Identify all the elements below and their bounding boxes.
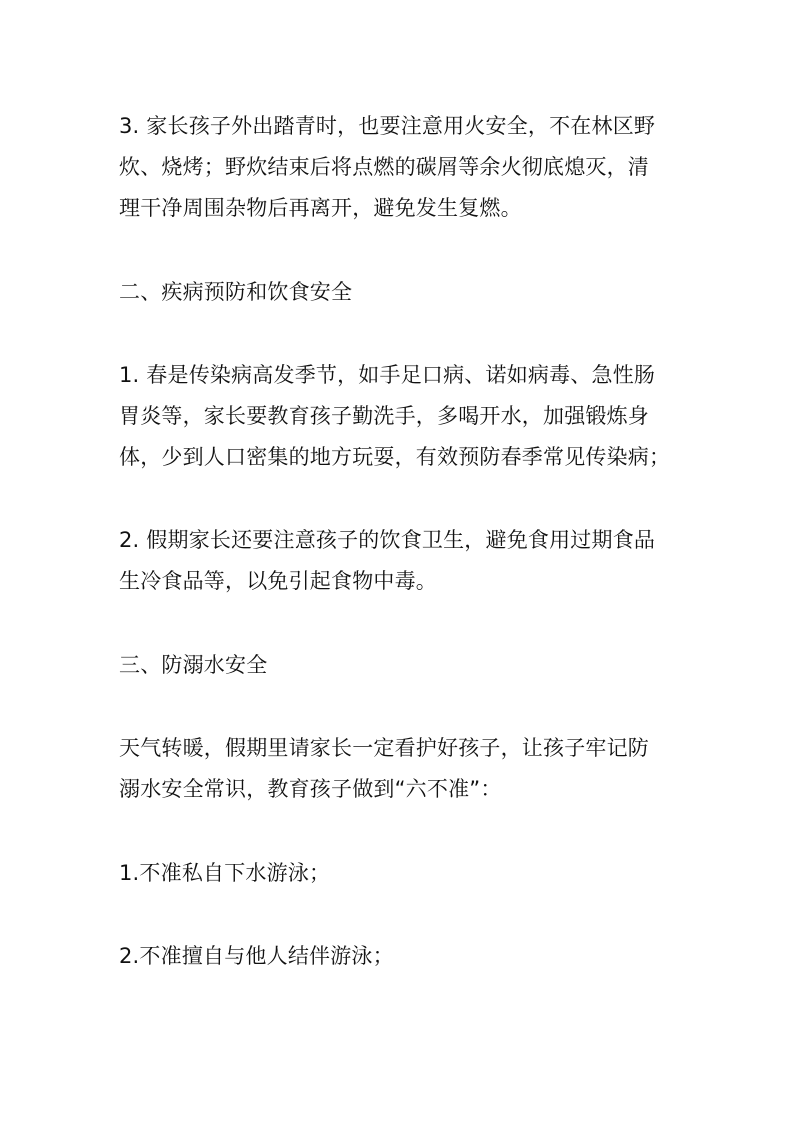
disease-item-1: 1. 春是传染病高发季节，如手足口病、诺如病毒、急性肠 胃炎等，家长要教育孩子勤… [119, 355, 679, 478]
text-line: 1. 春是传染病高发季节，如手足口病、诺如病毒、急性肠 [119, 355, 679, 396]
food-item-2: 2. 假期家长还要注意孩子的饮食卫生，避免食用过期食品 生冷食品等，以免引起食物… [119, 520, 679, 602]
text-line: 生冷食品等，以免引起食物中毒。 [119, 561, 679, 602]
heading-text: 三、防溺水安全 [119, 645, 679, 686]
text-line: 炊、烧烤；野炊结束后将点燃的碳屑等余火彻底熄灭，清 [119, 147, 679, 188]
text-line: 3. 家长孩子外出踏青时，也要注意用火安全，不在林区野 [119, 106, 679, 147]
text-line: 理干净周围杂物后再离开，避免发生复燃。 [119, 188, 679, 229]
text-line: 2. 假期家长还要注意孩子的饮食卫生，避免食用过期食品 [119, 520, 679, 561]
section-heading-drowning: 三、防溺水安全 [119, 645, 679, 686]
section-heading-disease-food: 二、疾病预防和饮食安全 [119, 272, 679, 313]
text-line: 1.不准私自下水游泳； [119, 853, 679, 894]
text-line: 2.不准擅自与他人结伴游泳； [119, 936, 679, 977]
fire-safety-item-3: 3. 家长孩子外出踏青时，也要注意用火安全，不在林区野 炊、烧烤；野炊结束后将点… [119, 106, 679, 229]
text-line: 胃炎等，家长要教育孩子勤洗手，多喝开水，加强锻炼身 [119, 396, 679, 437]
document-page: 3. 家长孩子外出踏青时，也要注意用火安全，不在林区野 炊、烧烤；野炊结束后将点… [0, 0, 793, 1122]
text-line: 天气转暖，假期里请家长一定看护好孩子，让孩子牢记防 [119, 728, 679, 769]
text-line: 体，少到人口密集的地方玩耍，有效预防春季常见传染病； [119, 437, 679, 478]
text-line: 溺水安全常识，教育孩子做到“六不准”： [119, 769, 679, 810]
drowning-rule-1: 1.不准私自下水游泳； [119, 853, 679, 894]
drowning-rule-2: 2.不准擅自与他人结伴游泳； [119, 936, 679, 977]
drowning-intro: 天气转暖，假期里请家长一定看护好孩子，让孩子牢记防 溺水安全常识，教育孩子做到“… [119, 728, 679, 810]
heading-text: 二、疾病预防和饮食安全 [119, 272, 679, 313]
